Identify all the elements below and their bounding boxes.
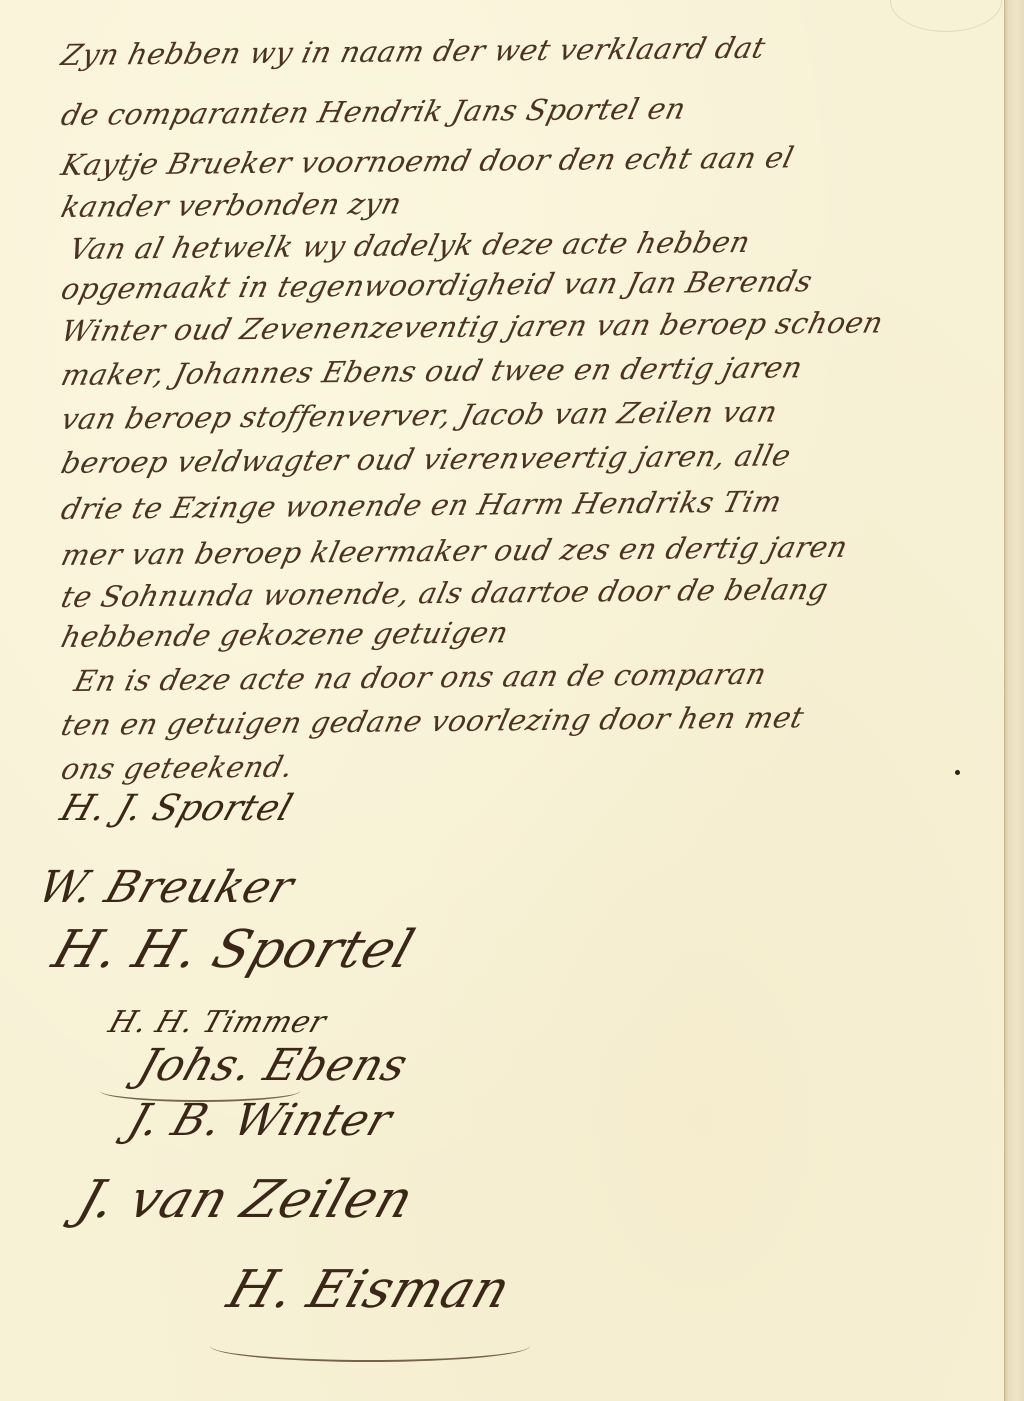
document-page: Zyn hebben wy in naam der wet verklaard … [0, 0, 1004, 1401]
embossed-seal [890, 0, 1002, 32]
signature-j-van-zeilen: J. van Zeilen [70, 1170, 421, 1230]
text-line-5: Van al hetwelk wy dadelyk deze acte hebb… [66, 225, 754, 266]
signature-hj-sportel: H. J. Sportel [55, 788, 298, 829]
text-line-1: Zyn hebben wy in naam der wet verklaard … [58, 31, 769, 72]
text-line-16: ten en getuigen gedane voorlezing door h… [58, 700, 808, 742]
text-line-15: En is deze acte na door ons aan de compa… [71, 657, 770, 698]
signature-hh-sportel: H. H. Sportel [45, 920, 421, 980]
signature-hh-timmer: H. H. Timmer [104, 1005, 330, 1040]
ink-dot [955, 770, 960, 775]
text-line-11: drie te Ezinge wonende en Harm Hendriks … [58, 484, 786, 526]
text-line-17: ons geteekend. [58, 750, 297, 786]
text-line-12: mer van beroep kleermaker oud zes en der… [58, 530, 851, 572]
text-line-2: de comparanten Hendrik Jans Sportel en [58, 91, 689, 132]
text-line-8: maker, Johannes Ebens oud twee en dertig… [58, 350, 806, 392]
signature-w-breuker: W. Breuker [32, 862, 301, 913]
text-line-10: beroep veldwagter oud vierenveertig jare… [58, 438, 795, 480]
text-line-13: te Sohnunda wonende, als daartoe door de… [58, 572, 832, 614]
text-line-7: Winter oud Zevenenzeventig jaren van ber… [58, 305, 887, 348]
signature-flourish-underline [210, 1330, 530, 1362]
text-line-3: Kaytje Brueker voornoemd door den echt a… [58, 140, 797, 182]
signature-jb-winter: J. B. Winter [122, 1095, 399, 1146]
page-fold-edge [1004, 0, 1024, 1401]
text-line-6: opgemaakt in tegenwoordigheid van Jan Be… [58, 264, 816, 306]
text-line-14: hebbende gekozene getuigen [58, 615, 512, 654]
signature-h-eisman: H. Eisman [220, 1260, 517, 1320]
text-line-9: van beroep stoffenverver, Jacob van Zeil… [58, 395, 781, 436]
text-line-4: kander verbonden zyn [58, 186, 405, 224]
